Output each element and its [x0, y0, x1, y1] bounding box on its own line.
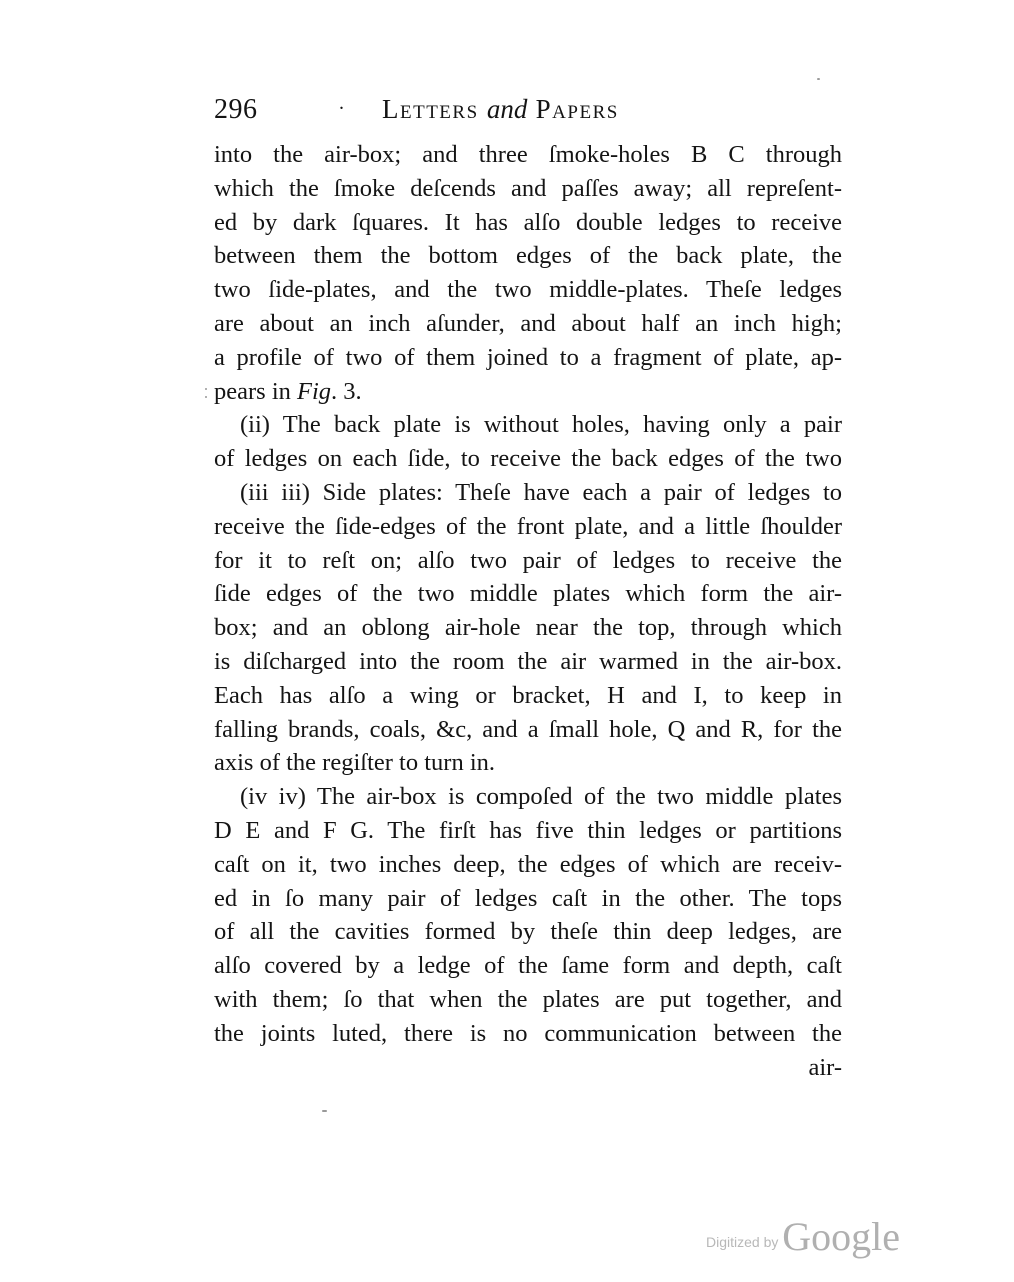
text-line: two ſide-plates, and the two middle-plat… [214, 273, 842, 307]
text-line: which the ſmoke deſcends and paſſes away… [214, 172, 842, 206]
book-page: 296 . Letters and Papers into the air-bo… [0, 0, 1014, 1282]
text-line: the joints luted, there is no communicat… [214, 1017, 842, 1051]
title-part-and: and [487, 94, 528, 124]
figure-number: . 3. [331, 378, 362, 405]
running-head: 296 . Letters and Papers [214, 94, 844, 134]
text-line: Each has alſo a wing or bracket, H and I… [214, 679, 842, 713]
text-line: of ledges on each ſide, to receive the b… [214, 442, 842, 476]
digitized-by-google-watermark: Digitized by Google [706, 1213, 900, 1260]
text-line: with them; ſo that when the plates are p… [214, 983, 842, 1017]
google-logo-text: Google [782, 1214, 900, 1259]
text-line: alſo covered by a ledge of the ſame form… [214, 949, 842, 983]
text-line: ed by dark ſquares. It has alſo double l… [214, 206, 842, 240]
text-line: D E and F G. The firſt has five thin led… [214, 814, 842, 848]
title-part-papers: Papers [527, 94, 618, 124]
title-part-letters: Letters [382, 94, 487, 124]
header-separator: . [339, 92, 345, 115]
text-line: box; and an oblong air-hole near the top… [214, 611, 842, 645]
text-line: ſide edges of the two middle plates whic… [214, 577, 842, 611]
text-line: are about an inch aſunder, and about hal… [214, 307, 842, 341]
text-line: ed in ſo many pair of ledges caſt in the… [214, 882, 842, 916]
figure-reference: Fig [297, 378, 331, 405]
body-text: into the air-box; and three ſmoke-holes … [214, 138, 842, 1084]
scan-speck [322, 1110, 327, 1112]
page-title: Letters and Papers [382, 94, 619, 125]
text-line: caſt on it, two inches deep, the edges o… [214, 848, 842, 882]
text-line: receive the ſide-edges of the front plat… [214, 510, 842, 544]
catchword: air- [214, 1051, 842, 1085]
text-line: into the air-box; and three ſmoke-holes … [214, 138, 842, 172]
text-line: a profile of two of them joined to a fra… [214, 341, 842, 375]
text-line: for it to reſt on; alſo two pair of ledg… [214, 544, 842, 578]
text-line: falling brands, coals, &c, and a ſmall h… [214, 713, 842, 747]
text-line: axis of the regiſter to turn in. [214, 746, 842, 780]
text-line: is diſcharged into the room the air warm… [214, 645, 842, 679]
paragraph-iv-start: (iv iv) The air-box is compoſed of the t… [214, 780, 842, 814]
page-number: 296 [214, 94, 258, 126]
text-line: between them the bottom edges of the bac… [214, 239, 842, 273]
text-fragment: pears in [214, 378, 297, 405]
paragraph-ii-start: (ii) The back plate is without holes, ha… [214, 408, 842, 442]
text-line-fig-ref: pears in Fig. 3. [214, 375, 842, 409]
paragraph-iii-start: (iii iii) Side plates: Theſe have each a… [214, 476, 842, 510]
scan-speck [205, 396, 207, 398]
watermark-prefix: Digitized by [706, 1234, 782, 1250]
text-line: of all the cavities formed by theſe thin… [214, 915, 842, 949]
scan-speck [817, 78, 820, 80]
scan-speck [205, 388, 207, 390]
